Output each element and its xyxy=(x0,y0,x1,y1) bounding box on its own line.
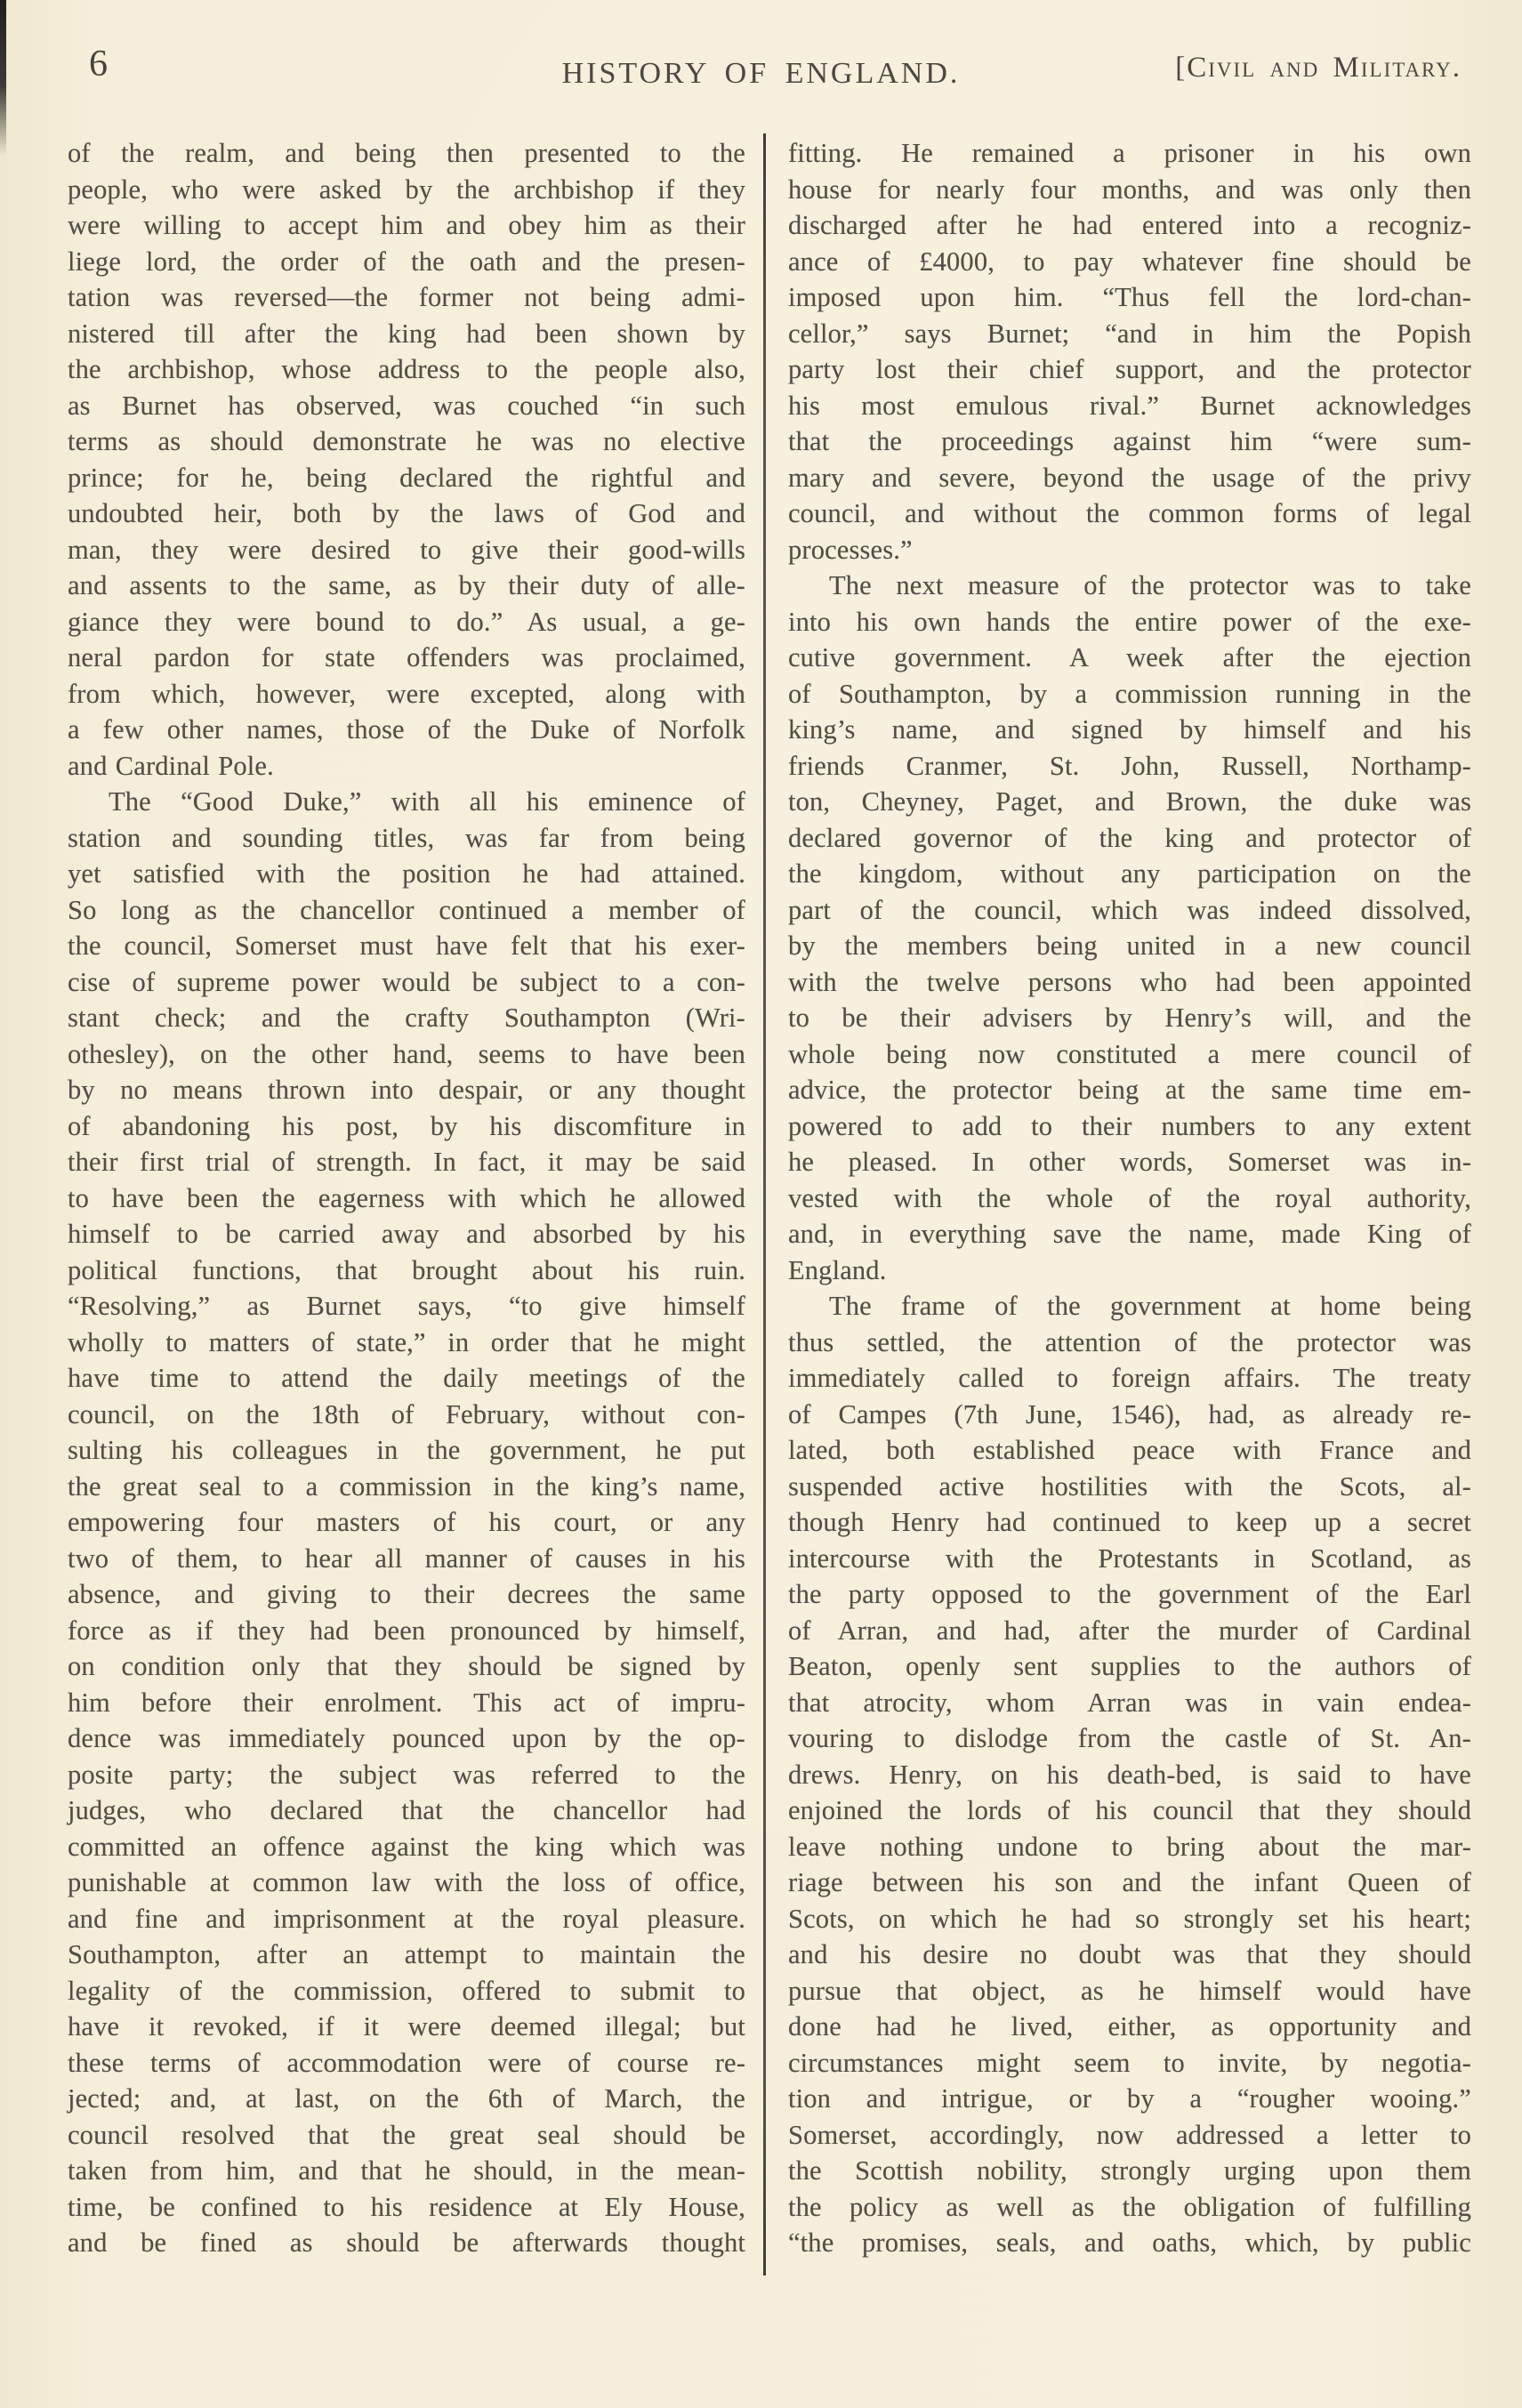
text-line: So long as the chancellor continued a me… xyxy=(68,892,745,929)
text-line: man, they were desired to give their goo… xyxy=(68,532,745,568)
text-line: to have been the eagerness with which he… xyxy=(68,1180,745,1217)
text-line: on condition only that they should be si… xyxy=(68,1648,745,1685)
text-line: imposed upon him. “Thus fell the lord-ch… xyxy=(788,279,1471,316)
text-line: friends Cranmer, St. John, Russell, Nort… xyxy=(788,748,1471,785)
text-line: were willing to accept him and obey him … xyxy=(68,207,745,244)
text-line: posite party; the subject was referred t… xyxy=(68,1757,745,1793)
text-line: stant check; and the crafty Southampton … xyxy=(68,1000,745,1036)
text-line: cise of supreme power would be subject t… xyxy=(68,964,745,1001)
text-line: himself to be carried away and absorbed … xyxy=(68,1216,745,1252)
text-line: fitting. He remained a prisoner in his o… xyxy=(788,135,1471,172)
text-line: the council, Somerset must have felt tha… xyxy=(68,928,745,964)
text-line: as Burnet has observed, was couched “in … xyxy=(68,388,745,424)
text-line: people, who were asked by the archbishop… xyxy=(68,172,745,208)
text-line: powered to add to their numbers to any e… xyxy=(788,1108,1471,1145)
text-line: legality of the commission, offered to s… xyxy=(68,1973,745,2009)
text-line: and be fined as should be afterwards tho… xyxy=(68,2225,745,2261)
text-line: prince; for he, being declared the right… xyxy=(68,460,745,496)
text-line: of Arran, and had, after the murder of C… xyxy=(788,1613,1471,1649)
text-line: committed an offence against the king wh… xyxy=(68,1829,745,1865)
text-line: with the twelve persons who had been app… xyxy=(788,964,1471,1001)
text-line: The “Good Duke,” with all his eminence o… xyxy=(68,784,745,820)
text-line: nistered till after the king had been sh… xyxy=(68,316,745,352)
text-line: thus settled, the attention of the prote… xyxy=(788,1325,1471,1361)
book-page: 6 HISTORY OF ENGLAND. [Civil and Militar… xyxy=(0,0,1522,2408)
text-line: judges, who declared that the chancellor… xyxy=(68,1792,745,1829)
text-line: yet satisfied with the position he had a… xyxy=(68,856,745,892)
text-line: part of the council, which was indeed di… xyxy=(788,892,1471,929)
text-line: Somerset, accordingly, now addressed a l… xyxy=(788,2117,1471,2154)
text-line: house for nearly four months, and was on… xyxy=(788,172,1471,208)
text-line: he pleased. In other words, Somerset was… xyxy=(788,1144,1471,1180)
text-line: station and sounding titles, was far fro… xyxy=(68,820,745,857)
text-line: these terms of accommodation were of cou… xyxy=(68,2045,745,2082)
text-line: and fine and imprisonment at the royal p… xyxy=(68,1901,745,1937)
text-line: The frame of the government at home bein… xyxy=(788,1288,1471,1325)
column-divider-rule xyxy=(763,133,766,2275)
right-column: fitting. He remained a prisoner in his o… xyxy=(788,135,1471,2261)
text-line: pursue that object, as he himself would … xyxy=(788,1973,1471,2009)
text-line: and Cardinal Pole. xyxy=(68,748,745,785)
text-line: time, be confined to his residence at El… xyxy=(68,2189,745,2226)
text-line: drews. Henry, on his death-bed, is said … xyxy=(788,1757,1471,1793)
text-line: of Southampton, by a commission running … xyxy=(788,676,1471,713)
left-column: of the realm, and being then presented t… xyxy=(68,135,745,2261)
text-line: that atrocity, whom Arran was in vain en… xyxy=(788,1685,1471,1721)
text-line: leave nothing undone to bring about the … xyxy=(788,1829,1471,1865)
text-line: ton, Cheyney, Paget, and Brown, the duke… xyxy=(788,784,1471,820)
text-line: vested with the whole of the royal autho… xyxy=(788,1180,1471,1217)
text-line: mary and severe, beyond the usage of the… xyxy=(788,460,1471,496)
text-line: the great seal to a commission in the ki… xyxy=(68,1469,745,1505)
text-line: though Henry had continued to keep up a … xyxy=(788,1504,1471,1541)
text-line: “Resolving,” as Burnet says, “to give hi… xyxy=(68,1288,745,1325)
text-line: processes.” xyxy=(788,532,1471,568)
text-line: intercourse with the Protestants in Scot… xyxy=(788,1541,1471,1577)
text-line: advice, the protector being at the same … xyxy=(788,1072,1471,1108)
text-line: wholly to matters of state,” in order th… xyxy=(68,1325,745,1361)
text-line: two of them, to hear all manner of cause… xyxy=(68,1541,745,1577)
text-line: have time to attend the daily meetings o… xyxy=(68,1360,745,1397)
text-line: party lost their chief support, and the … xyxy=(788,351,1471,388)
text-line: and assents to the same, as by their dut… xyxy=(68,568,745,604)
text-line: giance they were bound to do.” As usual,… xyxy=(68,604,745,640)
text-line: king’s name, and signed by himself and h… xyxy=(788,712,1471,748)
text-line: council, on the 18th of February, withou… xyxy=(68,1397,745,1433)
text-line: declared governor of the king and protec… xyxy=(788,820,1471,857)
text-line: by no means thrown into despair, or any … xyxy=(68,1072,745,1108)
text-line: taken from him, and that he should, in t… xyxy=(68,2153,745,2189)
text-line: the kingdom, without any participation o… xyxy=(788,856,1471,892)
section-header: [Civil and Military. xyxy=(1175,52,1462,85)
text-line: tation was reversed—the former not being… xyxy=(68,279,745,316)
text-line: and, in everything save the name, made K… xyxy=(788,1216,1471,1252)
text-line: to be their advisers by Henry’s will, an… xyxy=(788,1000,1471,1036)
text-line: suspended active hostilities with the Sc… xyxy=(788,1469,1471,1505)
text-line: and his desire no doubt was that they sh… xyxy=(788,1937,1471,1973)
text-line: absence, and giving to their decrees the… xyxy=(68,1576,745,1613)
text-line: liege lord, the order of the oath and th… xyxy=(68,244,745,280)
text-line: force as if they had been pronounced by … xyxy=(68,1613,745,1649)
text-line: terms as should demonstrate he was no el… xyxy=(68,423,745,460)
text-line: cellor,” says Burnet; “and in him the Po… xyxy=(788,316,1471,352)
text-line: tion and intrigue, or by a “rougher wooi… xyxy=(788,2081,1471,2117)
text-line: England. xyxy=(788,1252,1471,1289)
text-line: Scots, on which he had so strongly set h… xyxy=(788,1901,1471,1937)
text-line: sulting his colleagues in the government… xyxy=(68,1432,745,1469)
text-line: immediately called to foreign affairs. T… xyxy=(788,1360,1471,1397)
text-line: Southampton, after an attempt to maintai… xyxy=(68,1937,745,1973)
text-line: his most emulous rival.” Burnet acknowle… xyxy=(788,388,1471,424)
text-line: punishable at common law with the loss o… xyxy=(68,1864,745,1901)
text-line: done had he lived, either, as opportunit… xyxy=(788,2009,1471,2045)
text-line: dence was immediately pounced upon by th… xyxy=(68,1720,745,1757)
text-line: of the realm, and being then presented t… xyxy=(68,135,745,172)
text-line: council resolved that the great seal sho… xyxy=(68,2117,745,2154)
text-line: riage between his son and the infant Que… xyxy=(788,1864,1471,1901)
text-line: political functions, that brought about … xyxy=(68,1252,745,1289)
text-line: a few other names, those of the Duke of … xyxy=(68,712,745,748)
text-line: their first trial of strength. In fact, … xyxy=(68,1144,745,1180)
text-line: undoubted heir, both by the laws of God … xyxy=(68,495,745,532)
text-line: the Scottish nobility, strongly urging u… xyxy=(788,2153,1471,2189)
text-line: by the members being united in a new cou… xyxy=(788,928,1471,964)
text-line: of Campes (7th June, 1546), had, as alre… xyxy=(788,1397,1471,1433)
text-line: neral pardon for state offenders was pro… xyxy=(68,640,745,676)
text-line: the archbishop, whose address to the peo… xyxy=(68,351,745,388)
text-line: council, and without the common forms of… xyxy=(788,495,1471,532)
text-line: vouring to dislodge from the castle of S… xyxy=(788,1720,1471,1757)
text-line: cutive government. A week after the ejec… xyxy=(788,640,1471,676)
text-line: jected; and, at last, on the 6th of Marc… xyxy=(68,2081,745,2117)
text-line: enjoined the lords of his council that t… xyxy=(788,1792,1471,1829)
text-line: the party opposed to the government of t… xyxy=(788,1576,1471,1613)
text-line: that the proceedings against him “were s… xyxy=(788,423,1471,460)
text-line: othesley), on the other hand, seems to h… xyxy=(68,1036,745,1073)
text-line: into his own hands the entire power of t… xyxy=(788,604,1471,640)
text-line: discharged after he had entered into a r… xyxy=(788,207,1471,244)
text-line: lated, both established peace with Franc… xyxy=(788,1432,1471,1469)
text-line: The next measure of the protector was to… xyxy=(788,568,1471,604)
text-line: circumstances might seem to invite, by n… xyxy=(788,2045,1471,2082)
text-line: Beaton, openly sent supplies to the auth… xyxy=(788,1648,1471,1685)
text-line: the policy as well as the obligation of … xyxy=(788,2189,1471,2226)
text-line: whole being now constituted a mere counc… xyxy=(788,1036,1471,1073)
text-line: from which, however, were excepted, alon… xyxy=(68,676,745,713)
text-line: him before their enrolment. This act of … xyxy=(68,1685,745,1721)
text-line: empowering four masters of his court, or… xyxy=(68,1504,745,1541)
text-line: “the promises, seals, and oaths, which, … xyxy=(788,2225,1471,2261)
text-line: have it revoked, if it were deemed illeg… xyxy=(68,2009,745,2045)
text-line: of abandoning his post, by his discomfit… xyxy=(68,1108,745,1145)
text-line: ance of £4000, to pay whatever fine shou… xyxy=(788,244,1471,280)
